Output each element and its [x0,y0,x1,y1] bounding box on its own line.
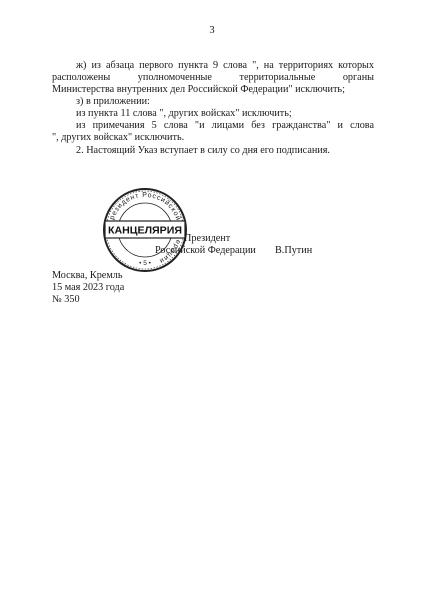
word: расположены [52,72,110,84]
signature-name: В.Путин [275,245,312,256]
para-zh-line-3: Министерства внутренних дел Российской Ф… [52,84,345,96]
signature-title-line-2: Российской Федерации [155,245,256,256]
para-note-5-line-2: ", других войсках" исключить. [52,132,184,144]
svg-text:• 5 •: • 5 • [139,260,152,267]
chancellery-stamp-icon: Президент Российской Федерации • 5 • КАН… [99,187,191,273]
footer-place: Москва, Кремль [52,270,123,282]
para-zh-line-1: ж) из абзаца первого пункта 9 слова ", н… [76,60,374,72]
para-note-5-line-1: из примечания 5 слова "и лицами без граж… [76,120,374,132]
word: органы [343,72,374,84]
para-2: 2. Настоящий Указ вступает в силу со дня… [76,145,330,157]
document-page: 3 ж) из абзаца первого пункта 9 слова ",… [0,0,424,600]
footer-number: № 350 [52,294,80,306]
word: уполномоченные [138,72,212,84]
footer-date: 15 мая 2023 года [52,282,124,294]
svg-text:КАНЦЕЛЯРИЯ: КАНЦЕЛЯРИЯ [108,226,182,237]
page-number: 3 [0,25,424,36]
para-z: з) в приложении: [76,96,150,108]
signature-title-line-1: Президент [184,233,230,244]
para-item-11: из пункта 11 слова ", других войсках" ис… [76,108,292,120]
para-zh-line-2: расположены уполномоченные территориальн… [52,72,374,84]
word: территориальные [240,72,316,84]
